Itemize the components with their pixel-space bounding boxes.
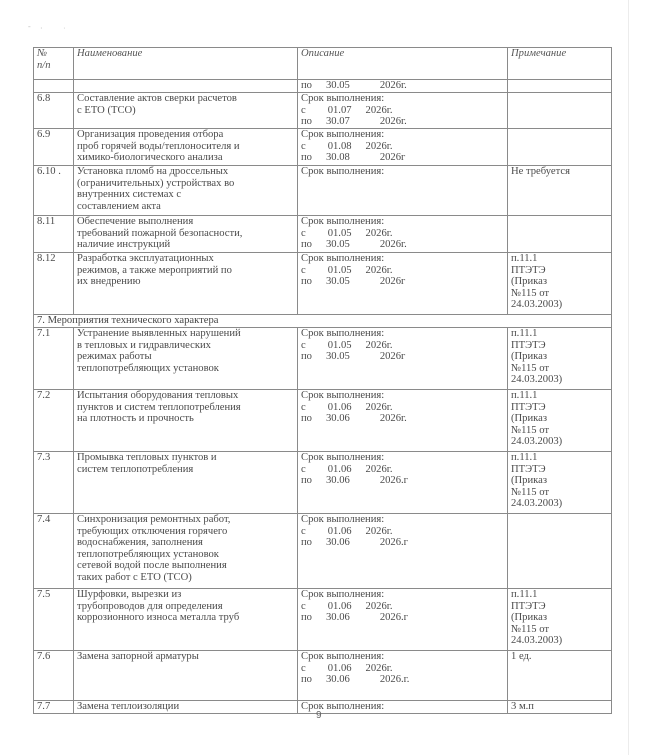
table-row: 7.3Промывка тепловых пунктов исистем теп… (34, 452, 612, 514)
cell-number: 8.11 (34, 216, 74, 253)
cell-note (508, 129, 612, 166)
table-row: 7.5Шурфовки, вырезки изтрубопроводов для… (34, 589, 612, 651)
cell-note (508, 514, 612, 589)
scan-speck: - (28, 22, 31, 31)
term-from: с01.052026г. (301, 228, 504, 240)
term-to: по30.052026г. (301, 239, 504, 251)
cell-number: 6.9 (34, 129, 74, 166)
cell-name: Промывка тепловых пунктов исистем теплоп… (74, 452, 298, 514)
cell-name: Установка пломб на дроссельных(ограничит… (74, 166, 298, 216)
cell-number: 6.10 . (34, 166, 74, 216)
term-label: Срок выполнения: (301, 589, 504, 601)
term-from: с01.062026г. (301, 663, 504, 675)
table-row: 6.8Составление актов сверки расчетовс ЕТ… (34, 93, 612, 129)
cell-description: Срок выполнения:с01.082026г.по30.082026г (298, 129, 508, 166)
cell-description: Срок выполнения: (298, 166, 508, 216)
cell-number (34, 80, 74, 93)
term-label: Срок выполнения: (301, 514, 504, 526)
page-number: 9 (316, 710, 322, 721)
cell-number: 7.5 (34, 589, 74, 651)
term-from: с01.052026г. (301, 265, 504, 277)
term-label: Срок выполнения: (301, 253, 504, 265)
cell-note (508, 216, 612, 253)
term-from: с01.062026г. (301, 464, 504, 476)
table-row: 8.12Разработка эксплуатационныхрежимов, … (34, 253, 612, 315)
term-label: Срок выполнения: (301, 452, 504, 464)
header-number: № п/п (34, 48, 74, 80)
cell-description: Срок выполнения:с01.052026г.по30.052026г (298, 328, 508, 390)
cell-number: 6.8 (34, 93, 74, 129)
term-label: Срок выполнения: (301, 93, 504, 105)
term-label: Срок выполнения: (301, 390, 504, 402)
cell-name: Устранение выявленных нарушенийв тепловы… (74, 328, 298, 390)
cell-note: Не требуется (508, 166, 612, 216)
cell-number: 7.1 (34, 328, 74, 390)
term-to: по30.062026.г. (301, 674, 504, 686)
cell-number: 7.6 (34, 651, 74, 701)
cell-number: 7.7 (34, 701, 74, 714)
cell-name: Обеспечение выполнениятребований пожарно… (74, 216, 298, 253)
scan-speck: · (40, 24, 43, 33)
section-title: 7. Мероприятия технического характера (34, 315, 612, 328)
work-plan-table: № п/п Наименование Описание Примечание п… (33, 47, 612, 714)
cell-description: Срок выполнения: (298, 701, 508, 714)
cell-note: п.11.1ПТЭТЭ(Приказ№115 от24.03.2003) (508, 328, 612, 390)
term-label: Срок выполнения: (301, 166, 504, 178)
term-to: по30.072026г. (301, 116, 504, 128)
term-label: Срок выполнения: (301, 129, 504, 141)
table-row: 7.2Испытания оборудования тепловыхпункто… (34, 390, 612, 452)
term-to: по30.052026г. (301, 80, 504, 92)
table-row: 7.6Замена запорной арматурыСрок выполнен… (34, 651, 612, 701)
term-label: Срок выполнения: (301, 701, 504, 713)
term-to: по30.052026г (301, 351, 504, 363)
cell-note: п.11.1ПТЭТЭ(Приказ№115 от24.03.2003) (508, 589, 612, 651)
term-to: по30.052026г (301, 276, 504, 288)
cell-note (508, 80, 612, 93)
term-from: с01.082026г. (301, 141, 504, 153)
cell-description: Срок выполнения:с01.062026г.по30.062026.… (298, 651, 508, 701)
cell-name: Испытания оборудования тепловыхпунктов и… (74, 390, 298, 452)
header-description: Описание (298, 48, 508, 80)
cell-number: 7.2 (34, 390, 74, 452)
term-label: Срок выполнения: (301, 328, 504, 340)
cell-name: Составление актов сверки расчетовс ЕТО (… (74, 93, 298, 129)
term-to: по30.062026.г (301, 475, 504, 487)
cell-description: по30.052026г. (298, 80, 508, 93)
cell-description: Срок выполнения:с01.052026г.по30.052026г… (298, 216, 508, 253)
cell-name: Разработка эксплуатационныхрежимов, а та… (74, 253, 298, 315)
table-row: 8.11Обеспечение выполнениятребований пож… (34, 216, 612, 253)
term-from: с01.072026г. (301, 105, 504, 117)
cell-name: Замена теплоизоляции (74, 701, 298, 714)
table-row: 6.9Организация проведения отборапроб гор… (34, 129, 612, 166)
cell-name: Шурфовки, вырезки изтрубопроводов для оп… (74, 589, 298, 651)
cell-note: п.11.1ПТЭТЭ(Приказ№115 от24.03.2003) (508, 452, 612, 514)
cell-description: Срок выполнения:с01.062026г.по30.062026г… (298, 390, 508, 452)
term-to: по30.082026г (301, 152, 504, 164)
term-to: по30.062026.г (301, 612, 504, 624)
cell-note: п.11.1ПТЭТЭ(Приказ№115 от24.03.2003) (508, 390, 612, 452)
cell-number: 8.12 (34, 253, 74, 315)
term-label: Срок выполнения: (301, 216, 504, 228)
cell-description: Срок выполнения:с01.062026г.по30.062026.… (298, 589, 508, 651)
cell-name: Организация проведения отборапроб горяче… (74, 129, 298, 166)
cell-description: Срок выполнения:с01.072026г.по30.072026г… (298, 93, 508, 129)
term-to: по30.062026г. (301, 413, 504, 425)
table-row: 7.1Устранение выявленных нарушенийв тепл… (34, 328, 612, 390)
header-name: Наименование (74, 48, 298, 80)
cell-name (74, 80, 298, 93)
table-row: 7.7Замена теплоизоляцииСрок выполнения:3… (34, 701, 612, 714)
term-label: Срок выполнения: (301, 651, 504, 663)
term-from: с01.062026г. (301, 402, 504, 414)
term-to: по30.062026.г (301, 537, 504, 549)
term-from: с01.052026г. (301, 340, 504, 352)
cell-number: 7.3 (34, 452, 74, 514)
header-note: Примечание (508, 48, 612, 80)
cell-name: Замена запорной арматуры (74, 651, 298, 701)
cell-note: 1 ед. (508, 651, 612, 701)
table-row: 7.4Синхронизация ремонтных работ,требующ… (34, 514, 612, 589)
page-edge (628, 0, 629, 755)
table-row: 6.10 .Установка пломб на дроссельных(огр… (34, 166, 612, 216)
cell-note (508, 93, 612, 129)
cell-description: Срок выполнения:с01.052026г.по30.052026г (298, 253, 508, 315)
cell-name: Синхронизация ремонтных работ,требующих … (74, 514, 298, 589)
scan-speck: ˙ (63, 26, 66, 35)
cell-number: 7.4 (34, 514, 74, 589)
term-from: с01.062026г. (301, 601, 504, 613)
section-header-row: 7. Мероприятия технического характера (34, 315, 612, 328)
term-from: с01.062026г. (301, 526, 504, 538)
cell-description: Срок выполнения:с01.062026г.по30.062026.… (298, 452, 508, 514)
cell-note: 3 м.п (508, 701, 612, 714)
table-header-row: № п/п Наименование Описание Примечание (34, 48, 612, 80)
cell-note: п.11.1ПТЭТЭ(Приказ№115 от24.03.2003) (508, 253, 612, 315)
carryover-row: по30.052026г. (34, 80, 612, 93)
cell-description: Срок выполнения:с01.062026г.по30.062026.… (298, 514, 508, 589)
